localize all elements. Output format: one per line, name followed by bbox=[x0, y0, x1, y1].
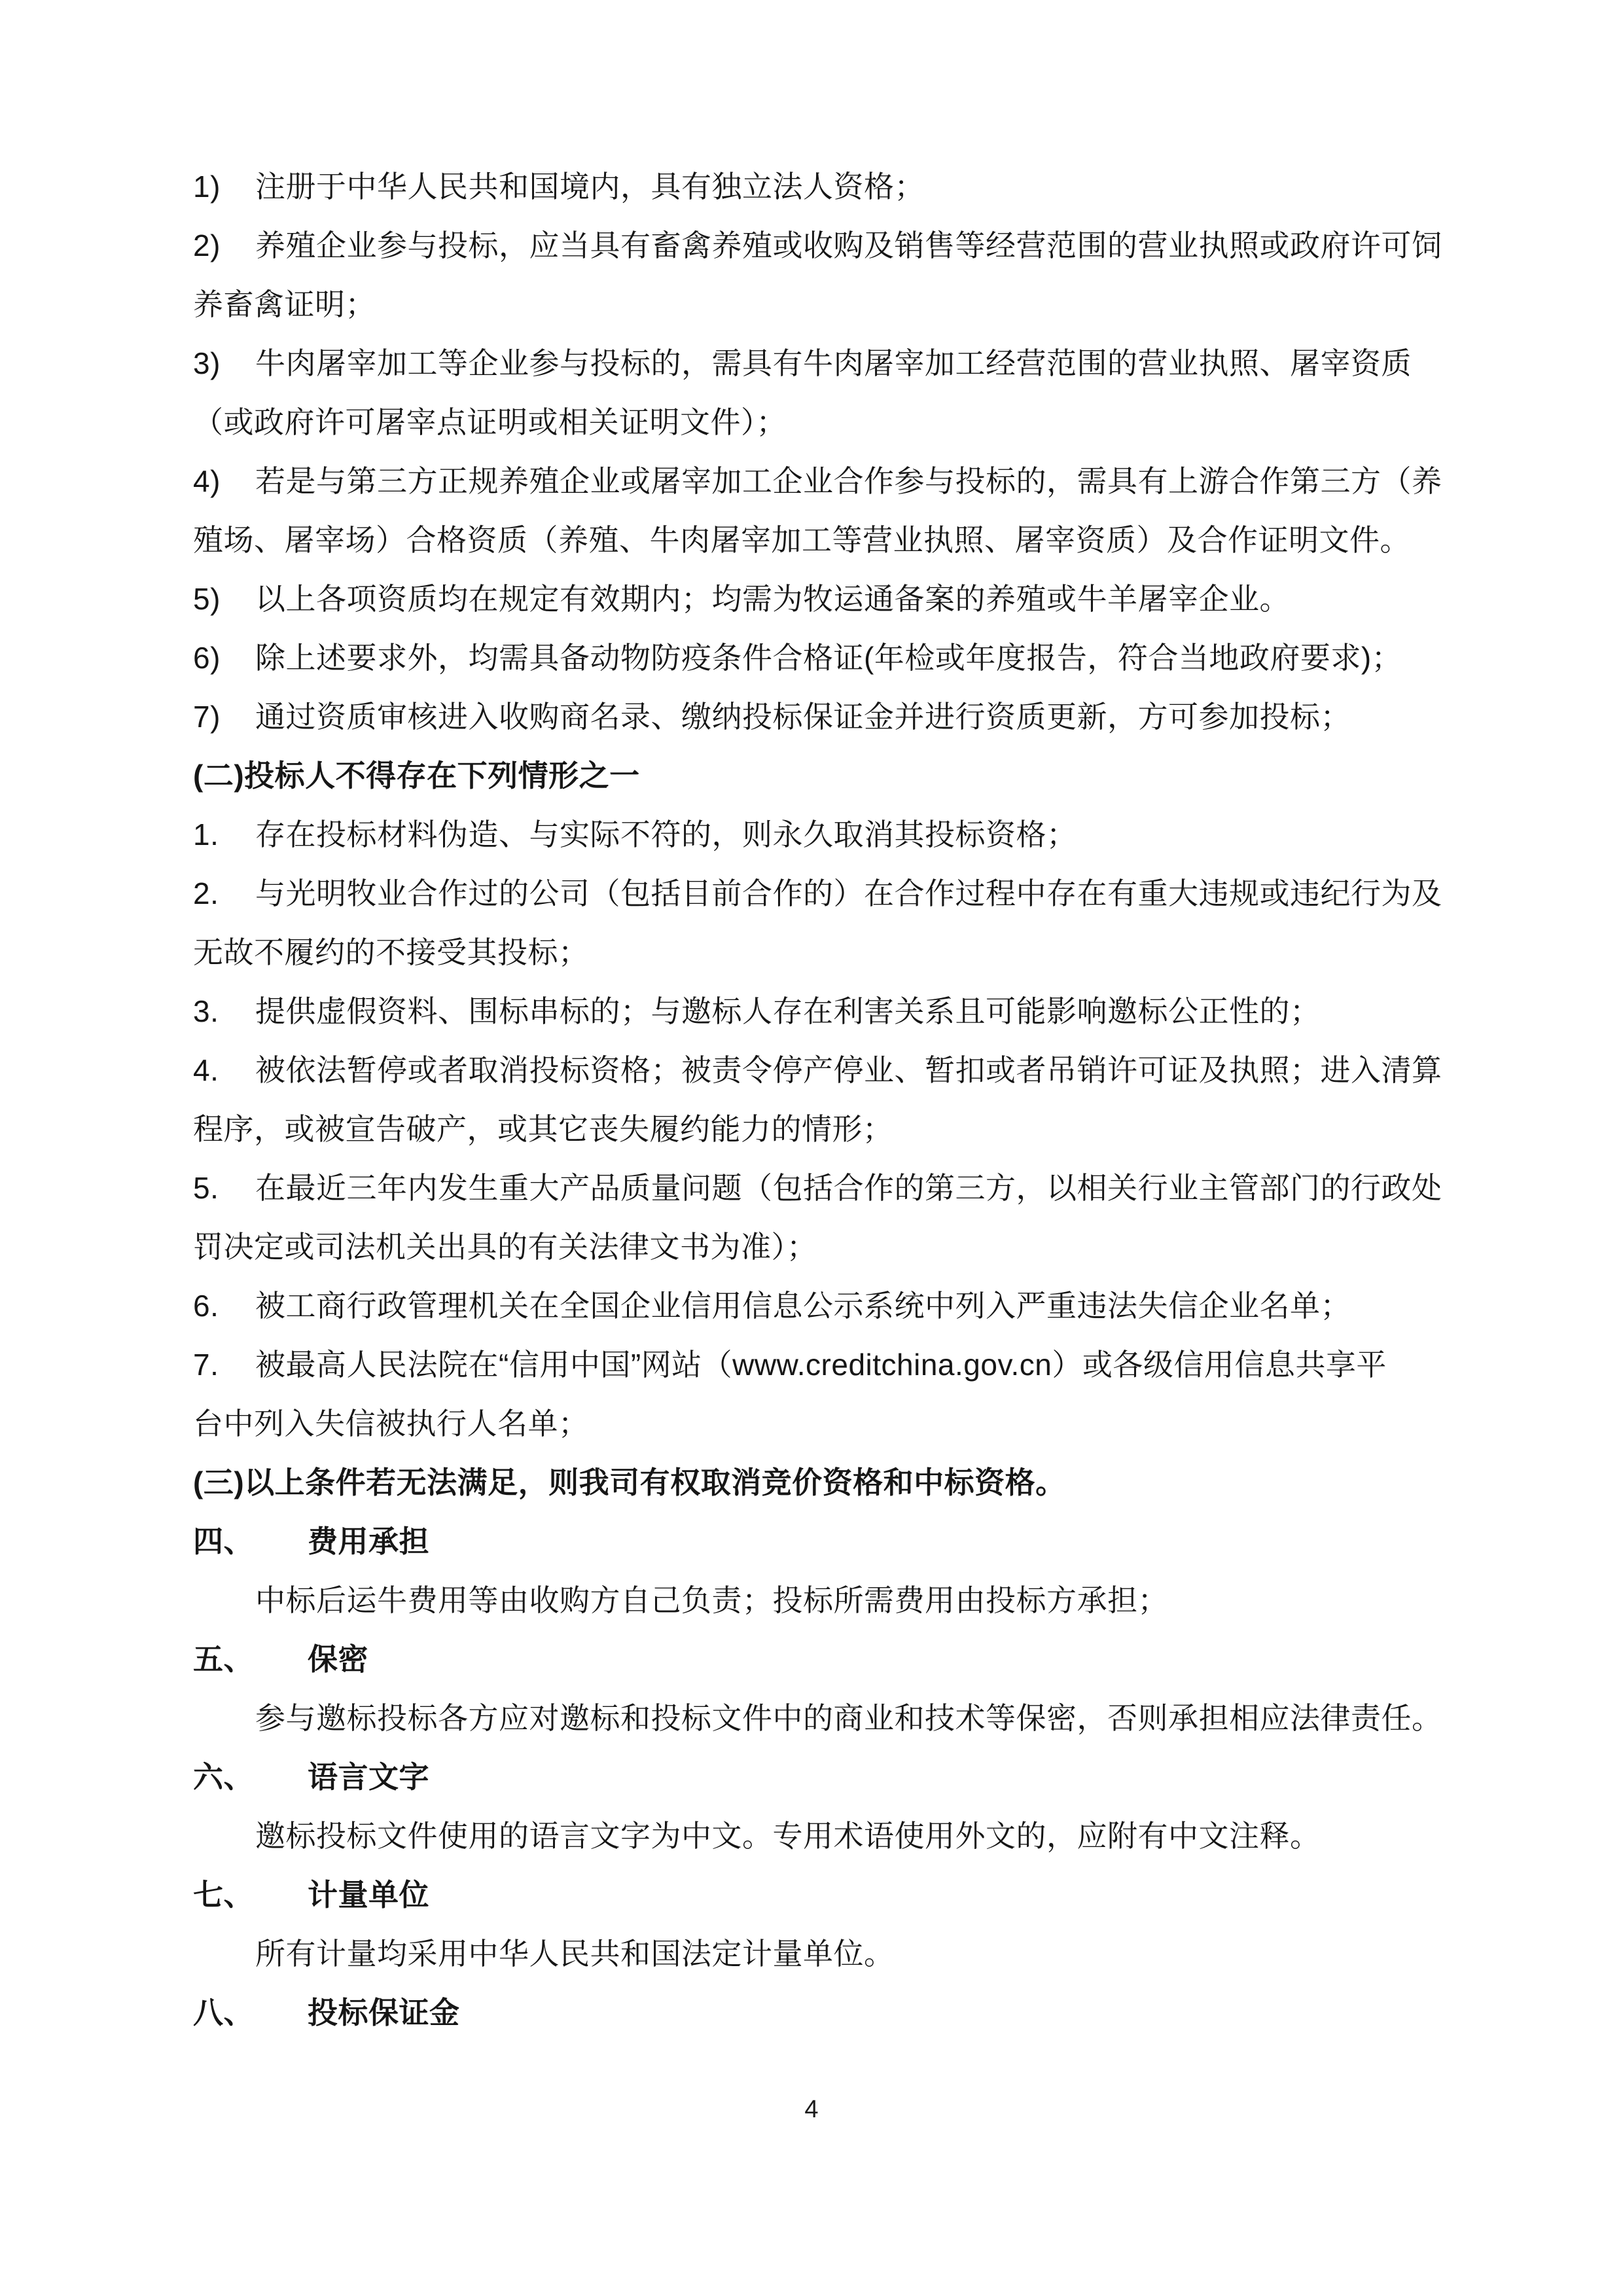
document-line: 3.提供虚假资料、围标串标的；与邀标人存在利害关系且可能影响邀标公正性的； bbox=[193, 982, 1456, 1041]
list-marker: 7) bbox=[193, 687, 255, 746]
list-marker: 4) bbox=[193, 452, 255, 511]
document-line: 七、计量单位 bbox=[193, 1865, 1456, 1924]
document-line: 1)注册于中华人民共和国境内，具有独立法人资格； bbox=[193, 157, 1456, 216]
list-marker: 2) bbox=[193, 216, 255, 275]
line-text: 中标后运牛费用等由收购方自己负责；投标所需费用由投标方承担； bbox=[255, 1583, 1168, 1617]
line-text: 养畜禽证明； bbox=[193, 287, 376, 321]
document-line: 五、保密 bbox=[193, 1630, 1456, 1689]
list-marker: 七、 bbox=[193, 1865, 308, 1924]
list-marker: 6) bbox=[193, 628, 255, 687]
document-line: 6.被工商行政管理机关在全国企业信用信息公示系统中列入严重违法失信企业名单； bbox=[193, 1276, 1456, 1335]
document-line: 罚决定或司法机关出具的有关法律文书为准）； bbox=[193, 1217, 1456, 1276]
document-line: 6)除上述要求外，均需具备动物防疫条件合格证(年检或年度报告，符合当地政府要求)… bbox=[193, 628, 1456, 687]
document-line: 2)养殖企业参与投标，应当具有畜禽养殖或收购及销售等经营范围的营业执照或政府许可… bbox=[193, 216, 1456, 275]
list-marker: 5. bbox=[193, 1158, 255, 1217]
line-text: 程序，或被宣告破产，或其它丧失履约能力的情形； bbox=[193, 1112, 893, 1146]
line-text: 计量单位 bbox=[308, 1878, 429, 1912]
line-text: 投标保证金 bbox=[308, 1996, 460, 2030]
document-line: (三)以上条件若无法满足，则我司有权取消竞价资格和中标资格。 bbox=[193, 1453, 1456, 1512]
document-line: 中标后运牛费用等由收购方自己负责；投标所需费用由投标方承担； bbox=[193, 1571, 1456, 1630]
document-line: 程序，或被宣告破产，或其它丧失履约能力的情形； bbox=[193, 1100, 1456, 1158]
line-text: (二)投标人不得存在下列情形之一 bbox=[193, 759, 640, 793]
document-line: 所有计量均采用中华人民共和国法定计量单位。 bbox=[193, 1924, 1456, 1983]
line-text: 邀标投标文件使用的语言文字为中文。专用术语使用外文的，应附有中文注释。 bbox=[255, 1819, 1321, 1853]
line-text: 在最近三年内发生重大产品质量问题（包括合作的第三方，以相关行业主管部门的行政处 bbox=[255, 1171, 1442, 1205]
line-text: 费用承担 bbox=[308, 1524, 429, 1558]
document-line: 7)通过资质审核进入收购商名录、缴纳投标保证金并进行资质更新，方可参加投标； bbox=[193, 687, 1456, 746]
list-marker: 3) bbox=[193, 334, 255, 393]
document-line: 4)若是与第三方正规养殖企业或屠宰加工企业合作参与投标的，需具有上游合作第三方（… bbox=[193, 452, 1456, 511]
line-text: 参与邀标投标各方应对邀标和投标文件中的商业和技术等保密，否则承担相应法律责任。 bbox=[255, 1701, 1442, 1735]
list-marker: 6. bbox=[193, 1276, 255, 1335]
list-marker: 五、 bbox=[193, 1630, 308, 1689]
line-text: (三)以上条件若无法满足，则我司有权取消竞价资格和中标资格。 bbox=[193, 1465, 1066, 1499]
line-text: 提供虚假资料、围标串标的；与邀标人存在利害关系且可能影响邀标公正性的； bbox=[255, 994, 1321, 1028]
document-line: 7.被最高人民法院在“信用中国”网站（www.creditchina.gov.c… bbox=[193, 1335, 1456, 1394]
document-line: 八、投标保证金 bbox=[193, 1983, 1456, 2042]
line-text: 注册于中华人民共和国境内，具有独立法人资格； bbox=[255, 170, 925, 204]
document-line: 2.与光明牧业合作过的公司（包括目前合作的）在合作过程中存在有重大违规或违纪行为… bbox=[193, 864, 1456, 923]
document-line: 台中列入失信被执行人名单； bbox=[193, 1394, 1456, 1453]
list-marker: 2. bbox=[193, 864, 255, 923]
list-marker: 3. bbox=[193, 982, 255, 1041]
line-text: 所有计量均采用中华人民共和国法定计量单位。 bbox=[255, 1937, 895, 1971]
line-text: 保密 bbox=[308, 1642, 368, 1676]
list-marker: 六、 bbox=[193, 1748, 308, 1806]
line-text: 以上各项资质均在规定有效期内；均需为牧运通备案的养殖或牛羊屠宰企业。 bbox=[255, 582, 1290, 616]
document-page: 1)注册于中华人民共和国境内，具有独立法人资格；2)养殖企业参与投标，应当具有畜… bbox=[0, 0, 1623, 2296]
list-marker: 7. bbox=[193, 1335, 255, 1394]
list-marker: 5) bbox=[193, 569, 255, 628]
document-line: 六、语言文字 bbox=[193, 1748, 1456, 1806]
list-marker: 1) bbox=[193, 157, 255, 216]
document-line: 殖场、屠宰场）合格资质（养殖、牛肉屠宰加工等营业执照、屠宰资质）及合作证明文件。 bbox=[193, 511, 1456, 569]
line-text: 除上述要求外，均需具备动物防疫条件合格证(年检或年度报告，符合当地政府要求)； bbox=[255, 641, 1402, 675]
document-line: 无故不履约的不接受其投标； bbox=[193, 923, 1456, 982]
document-line: 5)以上各项资质均在规定有效期内；均需为牧运通备案的养殖或牛羊屠宰企业。 bbox=[193, 569, 1456, 628]
line-text: 台中列入失信被执行人名单； bbox=[193, 1407, 589, 1441]
line-text: 存在投标材料伪造、与实际不符的，则永久取消其投标资格； bbox=[255, 817, 1077, 852]
line-text: 牛肉屠宰加工等企业参与投标的，需具有牛肉屠宰加工经营范围的营业执照、屠宰资质 bbox=[255, 346, 1412, 380]
document-line: 1.存在投标材料伪造、与实际不符的，则永久取消其投标资格； bbox=[193, 805, 1456, 864]
line-text: 殖场、屠宰场）合格资质（养殖、牛肉屠宰加工等营业执照、屠宰资质）及合作证明文件。 bbox=[193, 523, 1410, 557]
document-line: 3)牛肉屠宰加工等企业参与投标的，需具有牛肉屠宰加工经营范围的营业执照、屠宰资质 bbox=[193, 334, 1456, 393]
line-text: 语言文字 bbox=[308, 1760, 429, 1794]
line-text: 被工商行政管理机关在全国企业信用信息公示系统中列入严重违法失信企业名单； bbox=[255, 1289, 1351, 1323]
line-text: （或政府许可屠宰点证明或相关证明文件）； bbox=[193, 405, 787, 439]
line-text: 被最高人民法院在“信用中国”网站（www.creditchina.gov.cn）… bbox=[255, 1348, 1387, 1382]
list-marker: 1. bbox=[193, 805, 255, 864]
document-line: 四、费用承担 bbox=[193, 1512, 1456, 1571]
document-body: 1)注册于中华人民共和国境内，具有独立法人资格；2)养殖企业参与投标，应当具有畜… bbox=[193, 157, 1456, 2042]
list-marker: 四、 bbox=[193, 1512, 308, 1571]
document-line: 5.在最近三年内发生重大产品质量问题（包括合作的第三方，以相关行业主管部门的行政… bbox=[193, 1158, 1456, 1217]
line-text: 若是与第三方正规养殖企业或屠宰加工企业合作参与投标的，需具有上游合作第三方（养 bbox=[255, 464, 1442, 498]
list-marker: 八、 bbox=[193, 1983, 308, 2042]
page-number: 4 bbox=[0, 2091, 1623, 2128]
document-line: 养畜禽证明； bbox=[193, 275, 1456, 334]
list-marker: 4. bbox=[193, 1041, 255, 1100]
line-text: 通过资质审核进入收购商名录、缴纳投标保证金并进行资质更新，方可参加投标； bbox=[255, 700, 1351, 734]
line-text: 无故不履约的不接受其投标； bbox=[193, 935, 589, 969]
line-text: 养殖企业参与投标，应当具有畜禽养殖或收购及销售等经营范围的营业执照或政府许可饲 bbox=[255, 228, 1442, 262]
document-line: 参与邀标投标各方应对邀标和投标文件中的商业和技术等保密，否则承担相应法律责任。 bbox=[193, 1689, 1456, 1748]
document-line: (二)投标人不得存在下列情形之一 bbox=[193, 746, 1456, 805]
line-text: 被依法暂停或者取消投标资格；被责令停产停业、暂扣或者吊销许可证及执照；进入清算 bbox=[255, 1053, 1442, 1087]
document-line: 4.被依法暂停或者取消投标资格；被责令停产停业、暂扣或者吊销许可证及执照；进入清… bbox=[193, 1041, 1456, 1100]
document-line: （或政府许可屠宰点证明或相关证明文件）； bbox=[193, 393, 1456, 452]
line-text: 与光明牧业合作过的公司（包括目前合作的）在合作过程中存在有重大违规或违纪行为及 bbox=[255, 876, 1442, 910]
line-text: 罚决定或司法机关出具的有关法律文书为准）； bbox=[193, 1230, 817, 1264]
document-line: 邀标投标文件使用的语言文字为中文。专用术语使用外文的，应附有中文注释。 bbox=[193, 1806, 1456, 1865]
